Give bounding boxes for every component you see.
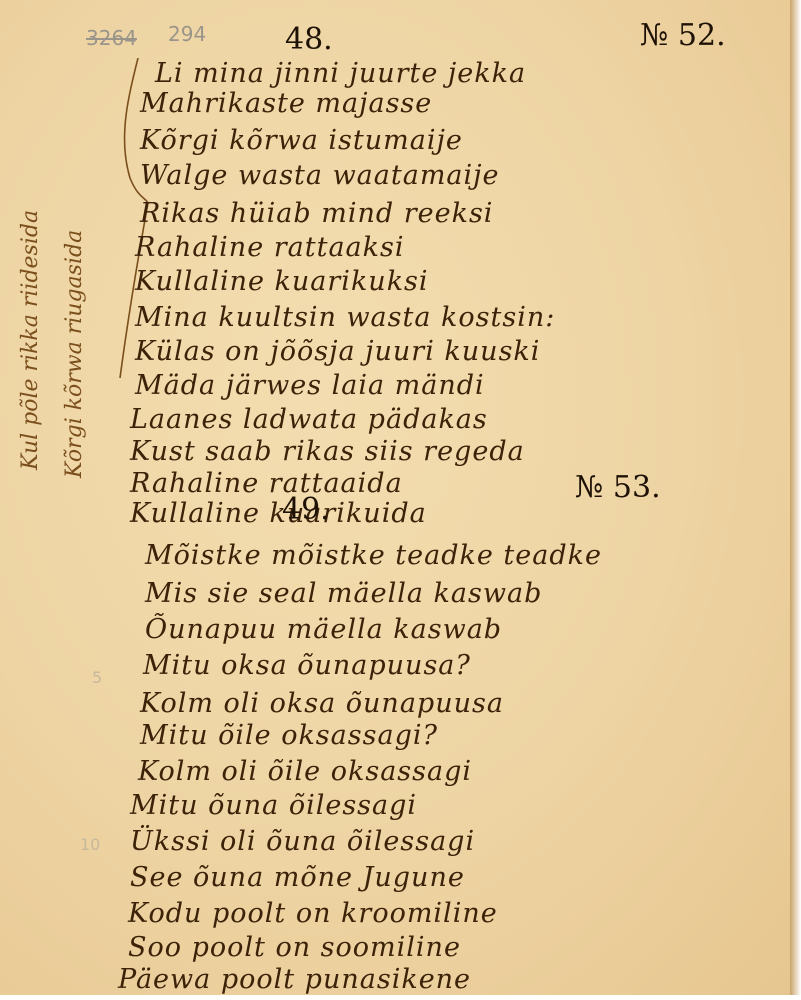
manuscript-page: 3264 294 48. № 52. Li mina jinni juurte … xyxy=(0,0,790,995)
verse-line: Kust saab rikas siis regeda xyxy=(130,436,525,467)
verse-line: Kullaline kuarikuida xyxy=(130,498,427,529)
verse-line: Soo poolt on soomiline xyxy=(128,932,461,963)
archive-number-struck: 3264 xyxy=(86,26,137,50)
verse-line: Kolm oli oksa õunapuusa xyxy=(140,688,504,719)
verse-line: Rikas hüiab mind reeksi xyxy=(140,198,493,229)
verse-line: Mina kuultsin wasta kostsin: xyxy=(135,302,555,333)
verse-line: Mis sie seal mäella kaswab xyxy=(145,578,542,609)
verse-line: Mitu õile oksassagi? xyxy=(140,720,438,751)
catalog-number-53: № 53. xyxy=(575,470,661,505)
margin-note-line-2: Kõrgi kõrwa riugasida xyxy=(62,230,87,478)
page-edge-right xyxy=(790,0,801,1000)
verse-line: Kõrgi kõrwa istumaije xyxy=(140,125,463,156)
verse-line: Mõistke mõistke teadke teadke xyxy=(145,540,602,571)
pencil-mark-5: 5 xyxy=(92,668,102,687)
verse-line: Rahaline rattaaksi xyxy=(135,232,405,263)
catalog-number-52: № 52. xyxy=(640,18,726,53)
archive-number-current: 294 xyxy=(168,22,206,46)
page-edge-bottom xyxy=(0,995,801,1000)
verse-line: Mitu õuna õilessagi xyxy=(130,790,417,821)
verse-line: Kolm oli õile oksassagi xyxy=(138,756,472,787)
verse-line: Mitu oksa õunapuusa? xyxy=(143,650,471,681)
pencil-mark-10: 10 xyxy=(80,835,100,854)
verse-line: Külas on jõõsja juuri kuuski xyxy=(135,336,540,367)
song-number-49: 49. xyxy=(282,492,330,527)
verse-line: Walge wasta waatamaije xyxy=(140,160,500,191)
verse-line: Li mina jinni juurte jekka xyxy=(155,58,526,89)
verse-line: Kullaline kuarikuksi xyxy=(135,266,429,297)
verse-line: Kodu poolt on kroomiline xyxy=(128,898,498,929)
margin-note-line-1: Kul põle rikka riidesida xyxy=(18,210,43,470)
verse-line: Rahaline rattaaida xyxy=(130,468,403,499)
verse-line: Laanes ladwata pädakas xyxy=(130,404,488,435)
verse-line: Päewa poolt punasikene xyxy=(118,964,471,995)
verse-line: Ükssi oli õuna õilessagi xyxy=(130,826,475,857)
verse-line: Õunapuu mäella kaswab xyxy=(145,614,502,645)
song-number-48: 48. xyxy=(285,22,333,57)
verse-line: See õuna mõne Jugune xyxy=(130,862,465,893)
verse-line: Mäda järwes laia mändi xyxy=(135,370,485,401)
verse-line: Mahrikaste majasse xyxy=(140,88,432,119)
